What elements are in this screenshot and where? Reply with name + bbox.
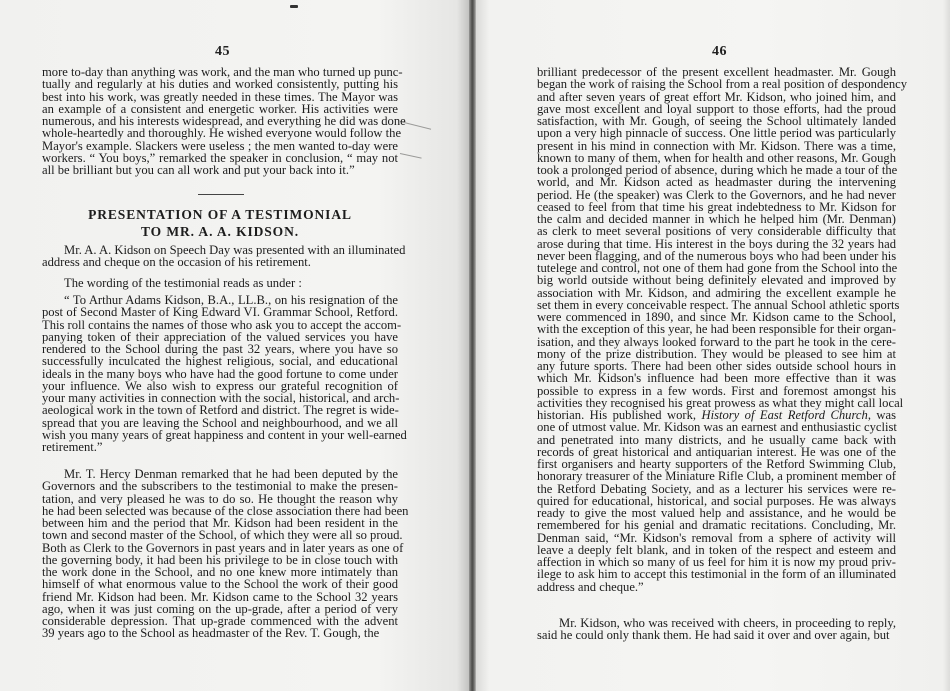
text-line: and penetrated into many districts, and … xyxy=(537,434,896,446)
book-spread: 45 more to-day than anything was work, a… xyxy=(0,0,950,691)
wording-intro: The wording of the testimonial reads as … xyxy=(64,277,398,289)
text-line: which Mr. Kidson's influence had been mo… xyxy=(537,372,896,384)
text-line: aeological work in the town of Retford a… xyxy=(42,404,398,416)
text-line: began the work of raising the School fro… xyxy=(537,78,896,90)
section-heading-line-2: TO MR. A. A. KIDSON. xyxy=(42,223,398,240)
text-line: address and cheque on the occasion of hi… xyxy=(42,256,398,268)
text-line: association with Mr. Kidson, and admirin… xyxy=(537,287,896,299)
text-line: Mayor's example. Slackers were useless ;… xyxy=(42,140,398,152)
text-line: possible to express in a few words. Firs… xyxy=(537,385,896,397)
text-line: as clerk to meet several positions of ve… xyxy=(537,225,896,237)
section-heading-line-1: PRESENTATION OF A TESTIMONIAL xyxy=(42,206,398,223)
text-line: Both as Clerk to the Governors in past y… xyxy=(42,542,398,554)
text-line: arose during that time. His interest in … xyxy=(537,238,896,250)
text-line: one of utmost value. Mr. Kidson was an e… xyxy=(537,421,896,433)
denman-paragraph: Mr. T. Hercy Denman remarked that he had… xyxy=(42,468,398,640)
text-line: the Retford Debating Society, and as a l… xyxy=(537,483,896,495)
text-line: tually and regularly at his duties and w… xyxy=(42,78,398,90)
text-line: big world outside without being definite… xyxy=(537,274,896,286)
text-line: town and second master of the School, of… xyxy=(42,529,398,541)
text-line: tation, and very pleased he was to do so… xyxy=(42,493,398,505)
text-line: and after seven years of great effort Mr… xyxy=(537,91,896,103)
testimonial-quote: “ To Arthur Adams Kidson, B.A., LL.B., o… xyxy=(42,294,398,453)
text-line: period. He (the speaker) was Clerk to th… xyxy=(537,189,896,201)
intro-paragraph: Mr. A. A. Kidson on Speech Day was prese… xyxy=(42,244,398,269)
text-line: himself of what enormous value to the Sc… xyxy=(42,578,398,590)
text-line: This roll contains the names of those wh… xyxy=(42,319,398,331)
opening-paragraph: more to-day than anything was work, and … xyxy=(42,66,398,176)
text-line: remembered for his genial and dramatic r… xyxy=(537,519,896,531)
text-line: 39 years ago to the School as headmaster… xyxy=(42,627,398,639)
text-line: world, and Mr. Kidson acted as headmaste… xyxy=(537,176,896,188)
book-gutter xyxy=(469,0,476,691)
text-line: present in his mind in connection with M… xyxy=(537,140,896,152)
text-line: honorary treasurer of the Miniature Rifl… xyxy=(537,470,896,482)
text-line: with the exception of this year, he had … xyxy=(537,323,896,335)
text-line: friend Mr. Kidson had been. Mr. Kidson c… xyxy=(42,591,398,603)
text-line: ilege to ask him to accept this testimon… xyxy=(537,568,896,580)
scan-mark xyxy=(290,5,298,8)
continued-paragraph: brilliant predecessor of the present exc… xyxy=(537,66,896,593)
text-line: successfully inculcated the highest reli… xyxy=(42,355,398,367)
section-heading: PRESENTATION OF A TESTIMONIAL TO MR. A. … xyxy=(42,206,398,240)
text-line: upon a very high pinnacle of success. On… xyxy=(537,127,896,139)
text-line: spread that you are leaving the School a… xyxy=(42,417,398,429)
text-line: best into his work, was greatly needed i… xyxy=(42,91,398,103)
text-line: retirement.” xyxy=(42,441,398,453)
page-number-left: 45 xyxy=(215,44,230,60)
text-line: Governors and the subscribers to the tes… xyxy=(42,480,398,492)
text-line: isation, and they always looked forward … xyxy=(537,336,896,348)
text-line: ideals in the many boys who have had the… xyxy=(42,368,398,380)
text-line: all be brilliant but you can all work an… xyxy=(42,164,398,176)
text-line: address and cheque.” xyxy=(537,581,896,593)
reply-paragraph: Mr. Kidson, who was received with cheers… xyxy=(537,617,896,642)
text-line: post of Second Master of King Edward VI.… xyxy=(42,306,398,318)
page-number-right: 46 xyxy=(712,44,727,60)
page-edge xyxy=(943,0,950,691)
text-line: said he could only thank them. He had sa… xyxy=(537,629,896,641)
text-line: whole-heartedly and thoroughly. He wishe… xyxy=(42,127,398,139)
text-line: Denman said, “Mr. Kidson's removal from … xyxy=(537,532,896,544)
section-divider xyxy=(198,194,244,195)
